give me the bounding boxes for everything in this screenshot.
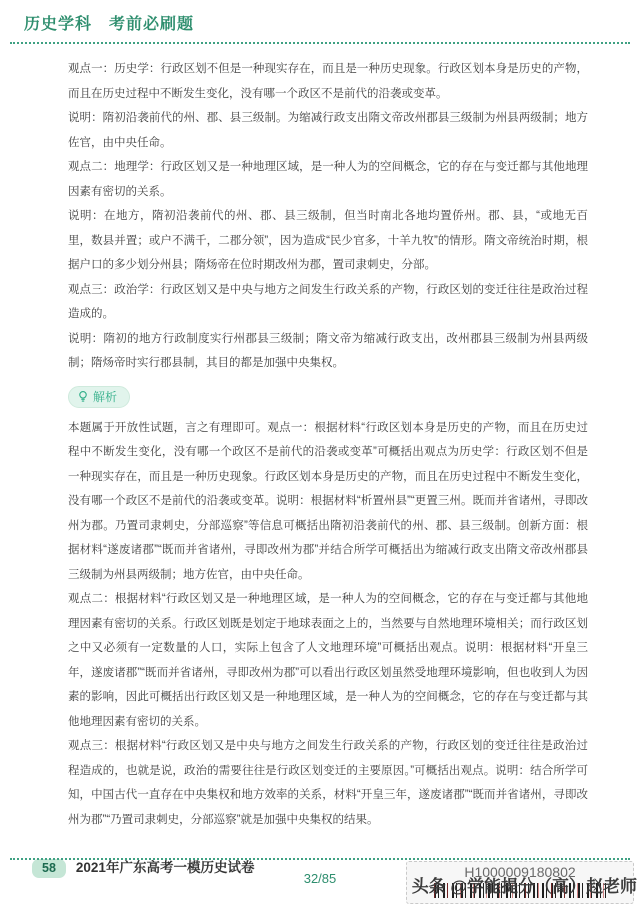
toutiao-watermark: 头条 @学能提分（高）赵老师 [412, 872, 637, 897]
page-title: 历史学科 考前必刷题 [24, 11, 194, 34]
analysis-paragraph: 观点三：根据材料“行政区划又是中央与地方之间发生行政关系的产物，行政区划的变迁往… [68, 734, 588, 832]
statement-paragraph: 说明：在地方，隋初沿袭前代的州、郡、县三级制，但当时南北各地均置侨州。郡、县，“… [68, 204, 588, 278]
analysis-badge: 解析 [68, 386, 130, 408]
analysis-paragraph: 观点二：根据材料“行政区划又是一种地理区域，是一种人为的空间概念，它的存在与变迁… [68, 587, 588, 734]
dotted-divider-bottom [10, 858, 630, 860]
lightbulb-icon [77, 390, 89, 403]
statement-paragraph: 观点三：政治学：行政区划又是中央与地方之间发生行政关系的产物，行政区划的变迁往往… [68, 278, 588, 327]
analysis-badge-label: 解析 [93, 389, 117, 405]
statement-paragraph: 观点一：历史学：行政区划不但是一种现实存在，而且是一种历史现象。行政区划本身是历… [68, 57, 588, 106]
document-page: 历史学科 考前必刷题 观点一：历史学：行政区划不但是一种现实存在，而且是一种历史… [0, 0, 640, 906]
analysis-paragraph: 本题属于开放性试题，言之有理即可。观点一：根据材料“行政区划本身是历史的产物，而… [68, 416, 588, 588]
question-answer-content: 观点一：历史学：行政区划不但是一种现实存在，而且是一种历史现象。行政区划本身是历… [68, 57, 588, 881]
statement-paragraph: 观点二：地理学：行政区划又是一种地理区域，是一种人为的空间概念，它的存在与变迁都… [68, 155, 588, 204]
statement-paragraph: 说明：隋初的地方行政制度实行州郡县三级制；隋文帝为缩减行政支出，改州郡县三级制为… [68, 327, 588, 376]
dotted-divider-top [10, 42, 630, 44]
statement-paragraph: 说明：隋初沿袭前代的州、郡、县三级制。为缩减行政支出隋文帝改州郡县三级制为州县两… [68, 106, 588, 155]
